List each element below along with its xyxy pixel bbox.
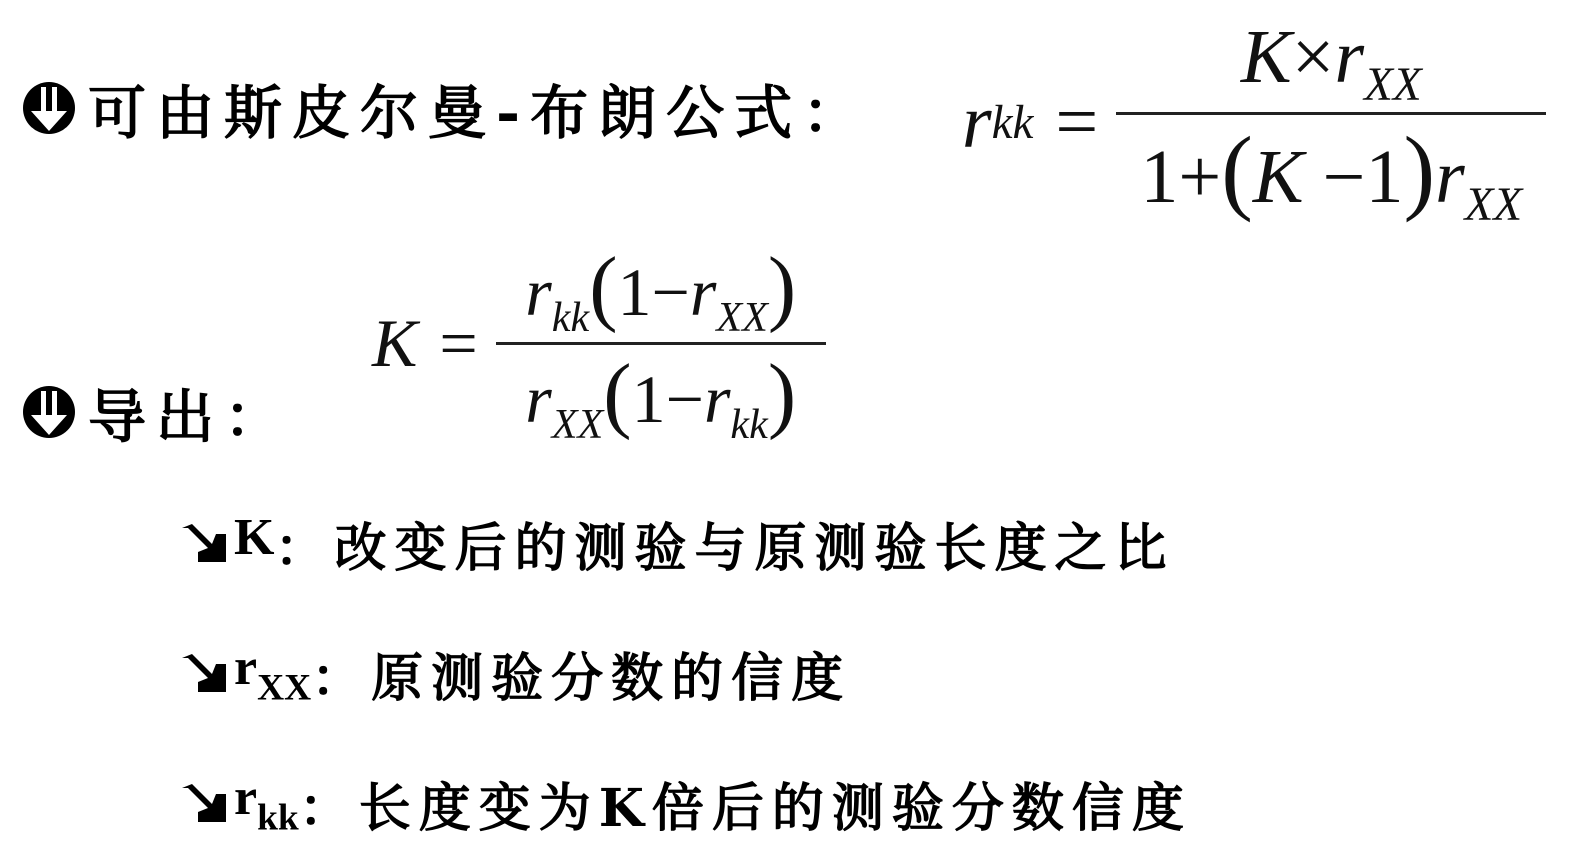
- definition-k: K ： 改变后的测验与原测验长度之比: [180, 506, 1174, 581]
- var-r: r: [1335, 15, 1365, 99]
- definition-rkk: rkk ： 长度变为K倍后的测验分数信度: [180, 766, 1192, 841]
- bullet-text: 可由斯皮尔曼-布朗公式：: [88, 66, 870, 150]
- var-r-sub: XX: [1364, 59, 1422, 111]
- right-paren: ): [768, 240, 796, 334]
- circled-down-arrow-icon: [22, 385, 76, 439]
- var-r-sub: XX: [552, 401, 604, 448]
- symbol-main: r: [234, 769, 257, 826]
- symbol-main: K: [234, 509, 274, 566]
- right-paren: ): [1403, 117, 1435, 223]
- spearman-brown-formula: rkk = K×rXX 1+(K −1)rXX: [962, 14, 1546, 232]
- formula-lhs: r: [962, 79, 992, 166]
- minus-sign: −: [666, 361, 704, 437]
- left-paren: (: [603, 347, 631, 441]
- colon: ：: [311, 636, 371, 711]
- var-r: r: [525, 254, 551, 330]
- minus-sign: −: [652, 254, 690, 330]
- formula-lhs-sub: kk: [992, 96, 1034, 150]
- var-r-sub: XX: [1465, 179, 1523, 231]
- fraction: K×rXX 1+(K −1)rXX: [1116, 14, 1546, 232]
- times-sign: ×: [1292, 15, 1335, 99]
- equals-sign: =: [439, 304, 477, 383]
- var-r: r: [525, 361, 551, 437]
- equals-sign: =: [1055, 79, 1098, 166]
- arrow-down-right-icon: [180, 654, 230, 694]
- fraction: rkk(1−rXX) rXX(1−rkk): [496, 238, 826, 449]
- one: 1: [632, 361, 666, 437]
- var-r-sub: XX: [716, 294, 768, 341]
- symbol: K: [234, 508, 274, 580]
- definition-rxx: rXX ： 原测验分数的信度: [180, 636, 851, 711]
- symbol: rkk: [234, 768, 299, 840]
- bullet-spearman-brown: 可由斯皮尔曼-布朗公式：: [22, 66, 870, 150]
- var-k: K: [1253, 135, 1304, 219]
- right-paren: ): [768, 347, 796, 441]
- symbol-main: r: [234, 639, 257, 696]
- var-r-sub: kk: [730, 401, 767, 448]
- definition-text: 长度变为K倍后的测验分数信度: [359, 766, 1192, 841]
- numerator: K×rXX: [1241, 14, 1422, 112]
- var-r: r: [1435, 135, 1465, 219]
- definition-text: 原测验分数的信度: [371, 636, 851, 711]
- k-formula: K = rkk(1−rXX) rXX(1−rkk): [372, 238, 826, 449]
- bullet-text: 导出：: [88, 370, 292, 454]
- arrow-down-right-icon: [180, 524, 230, 564]
- symbol-sub: kk: [257, 797, 299, 838]
- var-r-sub: kk: [552, 294, 589, 341]
- var-r: r: [690, 254, 716, 330]
- one: 1: [1365, 135, 1403, 219]
- colon: ：: [274, 506, 334, 581]
- symbol: rXX: [234, 638, 311, 710]
- one: 1: [618, 254, 652, 330]
- numerator: rkk(1−rXX): [525, 238, 796, 342]
- symbol-sub: XX: [257, 667, 311, 708]
- one: 1: [1140, 135, 1178, 219]
- bullet-derived: 导出：: [22, 370, 292, 454]
- left-paren: (: [589, 240, 617, 334]
- var-k: K: [1241, 15, 1292, 99]
- denominator: rXX(1−rkk): [525, 345, 796, 449]
- var-r: r: [704, 361, 730, 437]
- formula-lhs: K: [372, 304, 417, 383]
- definition-text: 改变后的测验与原测验长度之比: [334, 506, 1174, 581]
- left-paren: (: [1221, 117, 1253, 223]
- denominator: 1+(K −1)rXX: [1140, 115, 1522, 232]
- colon: ：: [299, 766, 359, 841]
- plus-sign: +: [1178, 135, 1221, 219]
- circled-down-arrow-icon: [22, 81, 76, 135]
- minus-sign: −: [1323, 135, 1366, 219]
- arrow-down-right-icon: [180, 784, 230, 824]
